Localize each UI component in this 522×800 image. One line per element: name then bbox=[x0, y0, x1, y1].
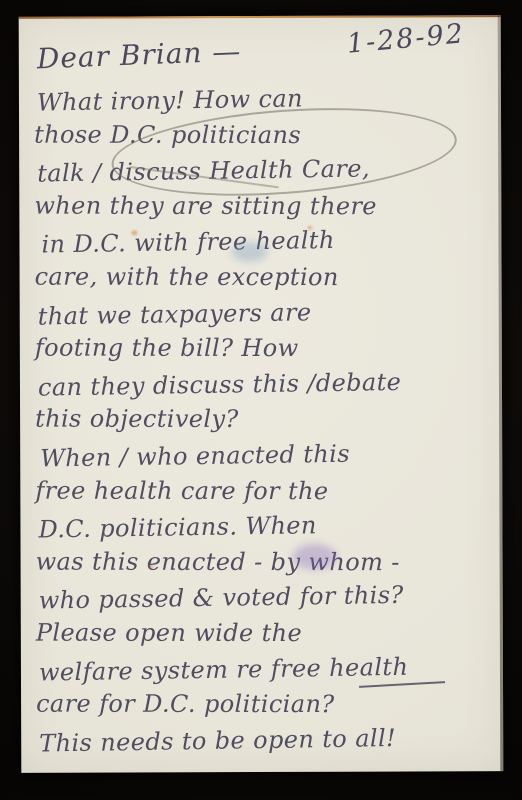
letter-date: 1-28-92 bbox=[346, 18, 466, 60]
paper-speck bbox=[307, 226, 312, 230]
letter-line: this objectively? bbox=[35, 402, 494, 438]
paper-speck bbox=[149, 564, 154, 568]
ink-smudge-blue bbox=[231, 242, 267, 262]
letter-card: 1-28-92 Dear Brian — What irony! How can… bbox=[19, 15, 504, 773]
letter-line: D.C. politicians. When bbox=[38, 506, 495, 549]
letter-line: can they discuss this /debate bbox=[38, 363, 495, 406]
letter-line: care for D.C. politician? bbox=[36, 687, 495, 723]
letter-line: was this enacted - by whom - bbox=[36, 544, 495, 580]
letter-line: This needs to be open to all! bbox=[39, 719, 496, 762]
handwritten-letter: 1-28-92 Dear Brian — What irony! How can… bbox=[19, 15, 504, 773]
letter-line: footing the bill? How bbox=[35, 331, 494, 367]
ink-smudge-purple bbox=[293, 544, 337, 570]
letter-line: who passed & voted for this? bbox=[38, 577, 495, 620]
letter-line: in D.C. with free health bbox=[41, 221, 494, 264]
letter-line: care, with the exception bbox=[35, 260, 494, 296]
paper-speck bbox=[131, 230, 137, 235]
letter-line: that we taxpayers are bbox=[37, 292, 494, 335]
letter-line: When / who enacted this bbox=[40, 434, 495, 477]
letter-line: free health care for the bbox=[35, 473, 494, 509]
letter-salutation: Dear Brian — bbox=[36, 35, 242, 76]
letter-line: welfare system re free health bbox=[39, 648, 496, 691]
letter-line: Please open wide the bbox=[36, 615, 495, 651]
photo-background: 1-28-92 Dear Brian — What irony! How can… bbox=[0, 0, 522, 800]
